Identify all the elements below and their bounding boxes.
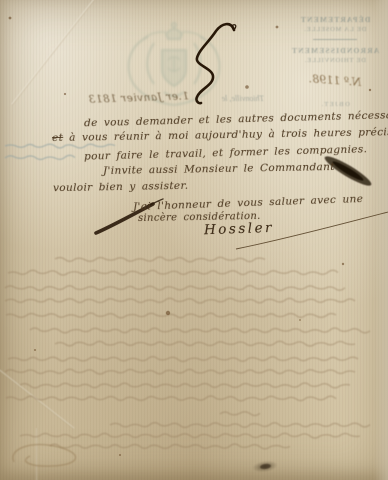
body-line-3: pour faire le travail, et former les com…	[84, 143, 367, 162]
body-line-4: J'invite aussi Monsieur le Commandant	[103, 161, 335, 177]
letterhead-number: N.º 1198.	[283, 70, 388, 90]
letterhead-bleedthrough: DÉPARTEMENT DE LA MOSELLE. ARRONDISSEMEN…	[283, 14, 387, 108]
fold-crease	[36, 428, 38, 480]
signature: Hossler	[204, 220, 275, 238]
letterhead-objet-label: OBJET.	[283, 101, 387, 108]
letterhead-rule	[313, 39, 357, 40]
struck-word: et	[52, 132, 63, 144]
bleed-through-flourish	[13, 445, 76, 467]
body-line-2-text: à vous réunir à moi aujourd'huy à trois …	[69, 126, 388, 144]
letterhead-arrondissement-sub: DE THIONVILLE.	[283, 56, 387, 65]
body-line-5: vouloir bien y assister.	[53, 180, 189, 194]
bleed-through-lines	[5, 257, 370, 449]
corner-crease	[11, 0, 96, 105]
dateline-bleedthrough: Thionville, le 1.er Janvier 1813	[88, 92, 264, 104]
dateline-handwritten: 1.er Janvier 1813	[88, 90, 189, 106]
letterhead-arrondissement: ARRONDISSEMENT	[283, 45, 387, 56]
letterhead-department: DÉPARTEMENT	[283, 14, 387, 25]
closing-line-1: J'ai l'honneur de vous saluer avec une	[133, 193, 364, 213]
dateline-printed: Thionville, le	[222, 94, 264, 103]
corner-crease	[0, 369, 74, 430]
letterhead-department-sub: DE LA MOSELLE.	[283, 25, 387, 34]
letter-page: DÉPARTEMENT DE LA MOSELLE. ARRONDISSEMEN…	[0, 0, 388, 480]
